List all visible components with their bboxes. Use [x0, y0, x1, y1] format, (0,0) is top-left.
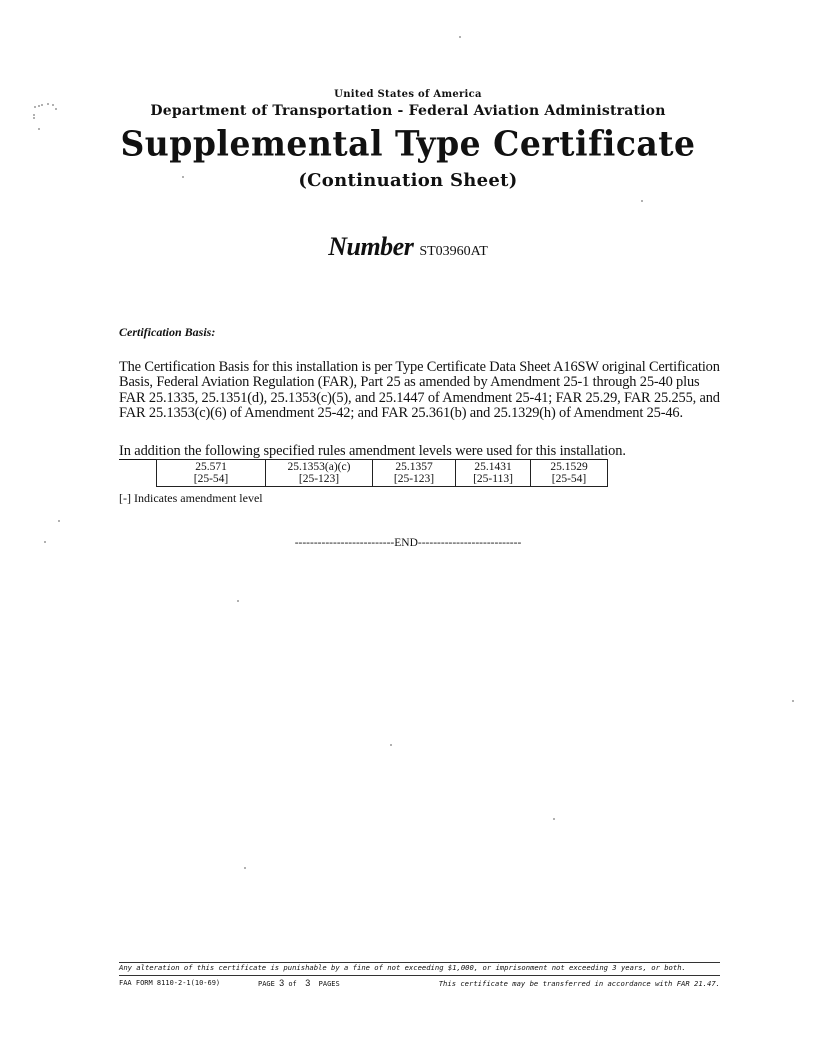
amendment-intro: In addition the following specified rule…: [119, 443, 626, 460]
page-prefix: PAGE: [258, 980, 275, 988]
header-country: United States of America: [0, 89, 816, 100]
footer-divider: [119, 975, 720, 976]
amendment-level: [25-113]: [462, 473, 524, 486]
amendment-cell: 25.571[25-54]: [157, 460, 266, 487]
amendment-cell: 25.1431[25-113]: [456, 460, 531, 487]
document-subtitle: (Continuation Sheet): [0, 170, 816, 191]
table-row: 25.571[25-54]25.1353(a)(c)[25-123]25.135…: [157, 460, 608, 487]
footer-transfer-note: This certificate may be transferred in a…: [423, 979, 720, 988]
rule-number: 25.1353(a)(c): [272, 461, 366, 474]
certification-basis-heading: Certification Basis:: [119, 325, 215, 340]
amendment-intro-underlined: In addition the following specified rule…: [119, 443, 346, 460]
end-marker: --------------------------END-----------…: [0, 537, 816, 549]
rule-number: 25.1431: [462, 461, 524, 474]
footer-page-indicator: PAGE 3 of 3 PAGES: [258, 978, 340, 988]
amendment-cell: 25.1357[25-123]: [373, 460, 456, 487]
page-total: 3: [305, 978, 310, 988]
page-of: of: [288, 980, 296, 988]
page-suffix: PAGES: [319, 980, 340, 988]
rule-number: 25.1529: [537, 461, 601, 474]
certificate-number-value: ST03960AT: [419, 244, 487, 259]
amendment-intro-rest: amendment levels were used for this inst…: [346, 443, 626, 459]
document-title: Supplemental Type Certificate: [0, 123, 816, 164]
header-department: Department of Transportation - Federal A…: [0, 103, 816, 119]
page-current: 3: [279, 978, 284, 988]
footer-warning: Any alteration of this certificate is pu…: [119, 963, 720, 972]
amendment-legend-note: [-] Indicates amendment level: [119, 491, 263, 506]
amendment-cell: 25.1529[25-54]: [531, 460, 608, 487]
amendment-level: [25-54]: [163, 473, 259, 486]
amendment-level: [25-123]: [379, 473, 449, 486]
rule-number: 25.1357: [379, 461, 449, 474]
certificate-number-row: Number ST03960AT: [0, 232, 816, 262]
amendment-level: [25-123]: [272, 473, 366, 486]
amendment-levels-table: 25.571[25-54]25.1353(a)(c)[25-123]25.135…: [156, 459, 608, 487]
certification-basis-paragraph: The Certification Basis for this install…: [119, 360, 729, 422]
certificate-number-label: Number: [328, 232, 413, 261]
footer-form-id: FAA FORM 8110-2-1(10-69): [119, 979, 220, 987]
rule-number: 25.571: [163, 461, 259, 474]
amendment-cell: 25.1353(a)(c)[25-123]: [266, 460, 373, 487]
amendment-level: [25-54]: [537, 473, 601, 486]
